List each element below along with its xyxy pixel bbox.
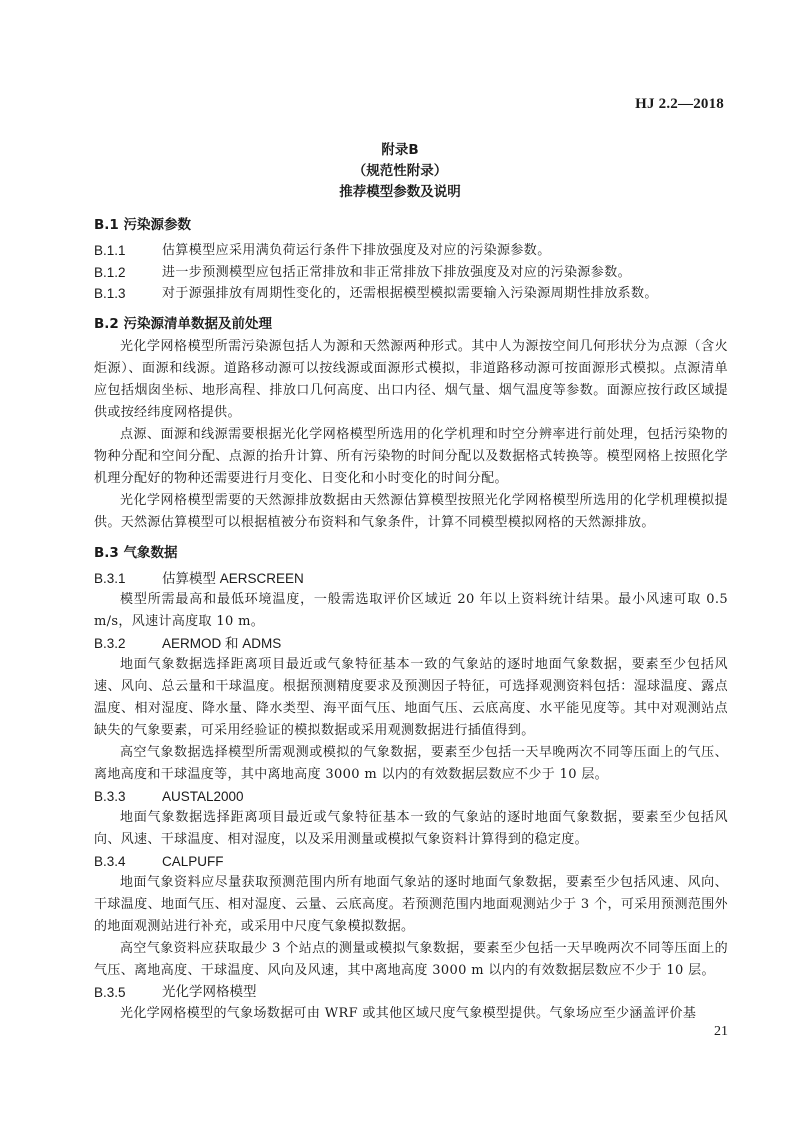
clause-text: 估算模型应采用满负荷运行条件下排放强度及对应的污染源参数。: [162, 240, 728, 262]
document-body: B.1 污染源参数 B.1.1 估算模型应采用满负荷运行条件下排放强度及对应的污…: [94, 212, 728, 1025]
subsection-number: B.3.2: [94, 633, 162, 654]
paragraph: 模型所需最高和最低环境温度，一般需选取评价区域近 20 年以上资料统计结果。最小…: [94, 589, 728, 633]
paragraph: 高空气象数据选择模型所需观测或模拟的气象数据，要素至少包括一天早晚两次不同等压面…: [94, 742, 728, 786]
subsection-title: AUSTAL2000: [162, 786, 728, 807]
subsection-number: B.3.5: [94, 982, 162, 1003]
clause-text: 对于源强排放有周期性变化的，还需根据模型模拟需要输入污染源周期性排放系数。: [162, 283, 728, 305]
clause-b1-2: B.1.2 进一步预测模型应包括正常排放和非正常排放下排放强度及对应的污染源参数…: [94, 262, 728, 284]
paragraph: 光化学网格模型需要的天然源排放数据由天然源估算模型按照光化学网格模型所选用的化学…: [94, 490, 728, 534]
clause-number: B.1.2: [94, 262, 162, 284]
paragraph: 光化学网格模型所需污染源包括人为源和天然源两种形式。其中人为源按空间几何形状分为…: [94, 336, 728, 424]
paragraph: 地面气象数据选择距离项目最近或气象特征基本一致的气象站的逐时地面气象数据，要素至…: [94, 807, 728, 851]
subsection-heading-b3-2: B.3.2 AERMOD 和 ADMS: [94, 633, 728, 654]
clause-number: B.1.3: [94, 283, 162, 305]
paragraph: 光化学网格模型的气象场数据可由 WRF 或其他区域尺度气象模型提供。气象场应至少…: [94, 1003, 728, 1025]
appendix-type: （规范性附录）: [0, 161, 800, 182]
paragraph: 高空气象资料应获取最少 3 个站点的测量或模拟气象数据，要素至少包括一天早晚两次…: [94, 938, 728, 982]
subsection-heading-b3-1: B.3.1 估算模型 AERSCREEN: [94, 568, 728, 589]
standard-code: HJ 2.2—2018: [635, 96, 724, 113]
subsection-heading-b3-5: B.3.5 光化学网格模型: [94, 982, 728, 1003]
page-number: 21: [714, 1024, 728, 1040]
subsection-number: B.3.3: [94, 786, 162, 807]
subsection-title: CALPUFF: [162, 851, 728, 872]
subsection-title: 光化学网格模型: [162, 982, 728, 1003]
clause-b1-3: B.1.3 对于源强排放有周期性变化的，还需根据模型模拟需要输入污染源周期性排放…: [94, 283, 728, 305]
clause-text: 进一步预测模型应包括正常排放和非正常排放下排放强度及对应的污染源参数。: [162, 262, 728, 284]
document-page: HJ 2.2—2018 附录B （规范性附录） 推荐模型参数及说明 B.1 污染…: [0, 0, 800, 1132]
clause-b1-1: B.1.1 估算模型应采用满负荷运行条件下排放强度及对应的污染源参数。: [94, 240, 728, 262]
section-heading-b2: B.2 污染源清单数据及前处理: [94, 313, 728, 336]
clause-number: B.1.1: [94, 240, 162, 262]
subsection-number: B.3.1: [94, 568, 162, 589]
appendix-title: 附录B: [0, 140, 800, 161]
subsection-title: AERMOD 和 ADMS: [162, 633, 728, 654]
paragraph: 点源、面源和线源需要根据光化学网格模型所选用的化学机理和时空分辨率进行前处理，包…: [94, 424, 728, 490]
section-heading-b3: B.3 气象数据: [94, 542, 728, 565]
subsection-number: B.3.4: [94, 851, 162, 872]
appendix-subtitle: 推荐模型参数及说明: [0, 182, 800, 203]
subsection-heading-b3-4: B.3.4 CALPUFF: [94, 851, 728, 872]
appendix-heading: 附录B （规范性附录） 推荐模型参数及说明: [0, 140, 800, 203]
subsection-heading-b3-3: B.3.3 AUSTAL2000: [94, 786, 728, 807]
section-heading-b1: B.1 污染源参数: [94, 214, 728, 237]
paragraph: 地面气象资料应尽量获取预测范围内所有地面气象站的逐时地面气象数据，要素至少包括风…: [94, 872, 728, 938]
paragraph: 地面气象数据选择距离项目最近或气象特征基本一致的气象站的逐时地面气象数据，要素至…: [94, 654, 728, 742]
subsection-title: 估算模型 AERSCREEN: [162, 568, 728, 589]
